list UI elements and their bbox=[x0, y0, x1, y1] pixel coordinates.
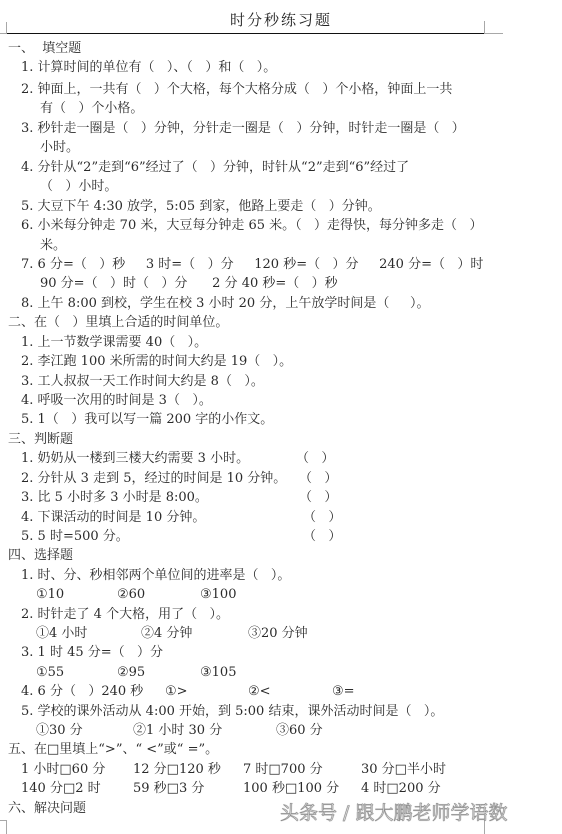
option-4-4-b: ②< bbox=[248, 682, 271, 701]
option-4-5-b: ②1 小时 30 分 bbox=[133, 721, 222, 740]
worksheet-page: 时分秒练习题 一、 填空题 1. 计算时间的单位有（ ）、（ ）和（ ）。 2.… bbox=[0, 0, 562, 834]
question-1-5: 5. 大豆下午 4:30 放学，5:05 到家，他路上要走（ ）分钟。 bbox=[21, 197, 381, 216]
margin-corner-top-right bbox=[484, 21, 503, 34]
answer-paren-3-1: （ ） bbox=[296, 449, 334, 468]
margin-corner-bottom-left bbox=[0, 820, 7, 834]
answer-paren-3-3: （ ） bbox=[299, 488, 337, 507]
question-4-3: 3. 1 时 45 分=（ ）分 bbox=[21, 643, 163, 662]
option-4-2-a: ①4 小时 bbox=[36, 624, 87, 643]
question-3-2: 2. 分针从 3 走到 5，经过的时间是 10 分钟。 bbox=[21, 469, 286, 488]
option-4-1-a: ①10 bbox=[36, 585, 64, 604]
question-1-8: 8. 上午 8:00 到校，学生在校 3 小时 20 分，上午放学时间是（ ）。 bbox=[21, 294, 430, 313]
header-rule bbox=[6, 33, 484, 34]
option-4-2-c: ③20 分钟 bbox=[248, 624, 308, 643]
question-4-1: 1. 时、分、秒相邻两个单位间的进率是（ ）。 bbox=[21, 566, 290, 585]
question-4-2: 2. 时针走了 4 个大格，用了（ ）。 bbox=[21, 605, 229, 624]
question-1-4: 4. 分针从“2”走到“6”经过了（ ）分钟，时针从“2”走到“6”经过了 bbox=[21, 158, 409, 177]
question-3-4: 4. 下课活动的时间是 10 分钟。 bbox=[21, 508, 205, 527]
question-1-6-continued: 米。 bbox=[40, 236, 66, 255]
section-heading-multiple-choice: 四、选择题 bbox=[8, 546, 73, 565]
question-1-1: 1. 计算时间的单位有（ ）、（ ）和（ ）。 bbox=[21, 58, 276, 77]
question-2-5: 5. 1（ ）我可以写一篇 200 字的小作文。 bbox=[21, 410, 273, 429]
question-2-2: 2. 李江跑 100 米所需的时间大约是 19（ ）。 bbox=[21, 352, 292, 371]
question-1-2: 2. 钟面上，一共有（ ）个大格，每个大格分成（ ）个小格，钟面上一共 bbox=[21, 80, 452, 99]
question-1-7: 7. 6 分=（ ）秒 3 时=（ ）分 120 秒=（ ）分 240 分=（ … bbox=[21, 255, 483, 274]
option-4-1-b: ②60 bbox=[117, 585, 145, 604]
compare-1-1: 1 小时□60 分 bbox=[21, 760, 105, 779]
section-heading-true-false: 三、判断题 bbox=[8, 430, 73, 449]
question-1-3: 3. 秒针走一圈是（ ）分钟，分针走一圈是（ ）分钟，时针走一圈是（ ） bbox=[21, 119, 465, 138]
option-4-5-c: ③60 分 bbox=[276, 721, 323, 740]
answer-paren-3-4: （ ） bbox=[303, 508, 341, 527]
compare-2-2: 59 秒□3 分 bbox=[133, 779, 204, 798]
question-2-4: 4. 呼吸一次用的时间是 3（ ）。 bbox=[21, 391, 212, 410]
question-4-4: 4. 6 分（ ）240 秒 bbox=[21, 682, 143, 701]
option-4-2-b: ②4 分钟 bbox=[141, 624, 192, 643]
section-heading-fill-blank: 一、 填空题 bbox=[8, 39, 81, 58]
page-title: 时分秒练习题 bbox=[0, 9, 562, 30]
option-4-4-a: ①> bbox=[165, 682, 188, 701]
compare-2-1: 140 分□2 时 bbox=[21, 779, 101, 798]
watermark: 头条号 / 跟大鹏老师学语数 bbox=[280, 798, 507, 825]
question-4-5: 5. 学校的课外活动从 4:00 开始，到 5:00 结束，课外活动时间是（ ）… bbox=[21, 702, 443, 721]
compare-2-4: 4 时□200 分 bbox=[361, 779, 441, 798]
question-3-3: 3. 比 5 小时多 3 小时是 8:00。 bbox=[21, 488, 208, 507]
answer-paren-3-5: （ ） bbox=[303, 527, 341, 546]
compare-1-3: 7 时□700 分 bbox=[243, 760, 323, 779]
question-1-7-continued: 90 分=（ ）时（ ）分 2 分 40 秒=（ ）秒 bbox=[40, 274, 338, 293]
question-3-5: 5. 5 时=500 分。 bbox=[21, 527, 129, 546]
section-heading-problem-solving: 六、解决问题 bbox=[8, 799, 86, 818]
question-1-6: 6. 小米每分钟走 70 米，大豆每分钟走 65 米。（ ）走得快，每分钟多走（… bbox=[21, 216, 482, 235]
question-1-4-continued: （ ）小时。 bbox=[40, 177, 117, 196]
question-2-1: 1. 上一节数学课需要 40（ ）。 bbox=[21, 333, 207, 352]
compare-1-4: 30 分□半小时 bbox=[361, 760, 446, 779]
compare-1-2: 12 分□120 秒 bbox=[133, 760, 221, 779]
option-4-4-c: ③= bbox=[332, 682, 355, 701]
question-1-2-continued: 有（ ）个小格。 bbox=[40, 99, 143, 118]
section-heading-compare: 五、在□里填上“>”、“ <”或“ =”。 bbox=[8, 740, 218, 759]
option-4-1-c: ③100 bbox=[200, 585, 236, 604]
option-4-3-b: ②95 bbox=[117, 663, 145, 682]
answer-paren-3-2: （ ） bbox=[299, 469, 337, 488]
section-heading-time-units: 二、在（ ）里填上合适的时间单位。 bbox=[8, 313, 228, 332]
question-3-1: 1. 奶奶从一楼到三楼大约需要 3 小时。 bbox=[21, 449, 249, 468]
question-1-3-continued: 小时。 bbox=[40, 138, 79, 157]
option-4-3-a: ①55 bbox=[36, 663, 64, 682]
question-2-3: 3. 工人叔叔一天工作时间大约是 8（ ）。 bbox=[21, 372, 264, 391]
option-4-3-c: ③105 bbox=[200, 663, 236, 682]
option-4-5-a: ①30 分 bbox=[36, 721, 83, 740]
compare-2-3: 100 秒□100 分 bbox=[243, 779, 339, 798]
margin-corner-top-left bbox=[0, 22, 7, 34]
